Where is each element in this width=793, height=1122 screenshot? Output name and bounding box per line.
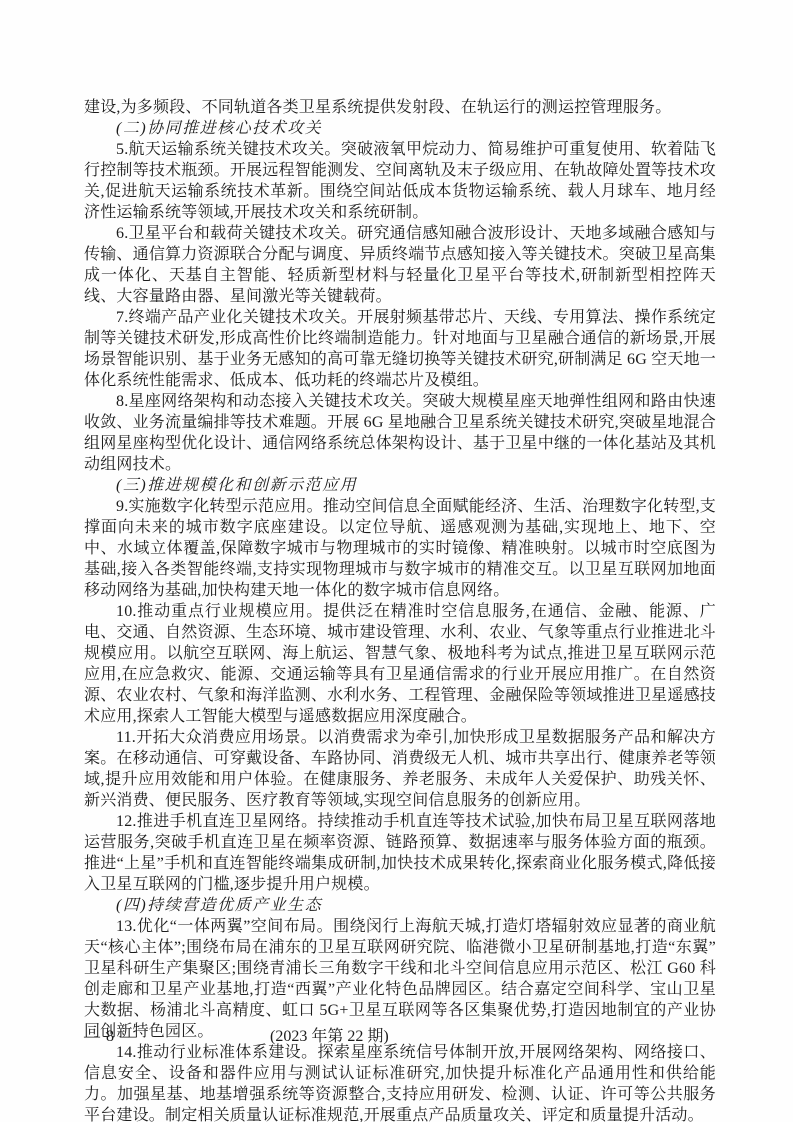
document-body: 建设,为多频段、不同轨道各类卫星系统提供发射段、在轨运行的测运控管理服务。 (二… bbox=[84, 97, 716, 1122]
section-heading-3: (三)推进规模化和创新示范应用 bbox=[84, 475, 716, 496]
page-footer: — 8 — (2023 年第 22 期) bbox=[84, 1026, 716, 1048]
paragraph-14: 14.推动行业标准体系建设。探索星座系统信号体制开放,开展网络架构、网络接口、信… bbox=[84, 1042, 716, 1122]
paragraph-7: 7.终端产品产业化关键技术攻关。开展射频基带芯片、天线、专用算法、操作系统定制等… bbox=[84, 307, 716, 391]
paragraph-12: 12.推进手机直连卫星网络。持续推动手机直连等技术试验,加快布局卫星互联网落地运… bbox=[84, 811, 716, 895]
paragraph-10: 10.推动重点行业规模应用。提供泛在精准时空信息服务,在通信、金融、能源、广电、… bbox=[84, 601, 716, 727]
page-number: — 8 — bbox=[84, 1026, 137, 1047]
section-heading-2: (二)协同推进核心技术攻关 bbox=[84, 118, 716, 139]
section-heading-4: (四)持续营造优质产业生态 bbox=[84, 895, 716, 916]
issue-label: (2023 年第 22 期) bbox=[270, 1026, 389, 1047]
document-page: 建设,为多频段、不同轨道各类卫星系统提供发射段、在轨运行的测运控管理服务。 (二… bbox=[0, 0, 793, 1122]
paragraph-6: 6.卫星平台和载荷关键技术攻关。研究通信感知融合波形设计、天地多域融合感知与传输… bbox=[84, 223, 716, 307]
continuation-paragraph: 建设,为多频段、不同轨道各类卫星系统提供发射段、在轨运行的测运控管理服务。 bbox=[84, 97, 716, 118]
paragraph-11: 11.开拓大众消费应用场景。以消费需求为牵引,加快形成卫星数据服务产品和解决方案… bbox=[84, 727, 716, 811]
paragraph-5: 5.航天运输系统关键技术攻关。突破液氧甲烷动力、简易维护可重复使用、软着陆飞行控… bbox=[84, 139, 716, 223]
paragraph-13: 13.优化“一体两翼”空间布局。围绕闵行上海航天城,打造灯塔辐射效应显著的商业航… bbox=[84, 916, 716, 1042]
paragraph-8: 8.星座网络架构和动态接入关键技术攻关。突破大规模星座天地弹性组网和路由快速收敛… bbox=[84, 391, 716, 475]
paragraph-9: 9.实施数字化转型示范应用。推动空间信息全面赋能经济、生活、治理数字化转型,支撑… bbox=[84, 496, 716, 601]
